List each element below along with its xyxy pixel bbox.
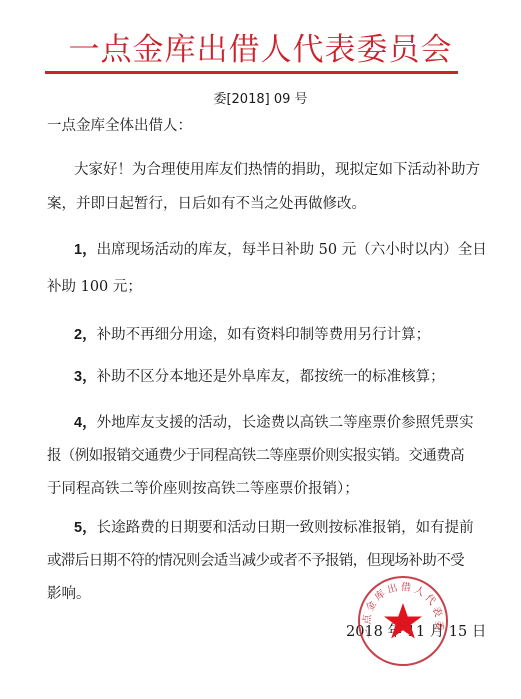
intro-line-2: 案，并即日起暂行，日后如有不当之处再做修改。 bbox=[47, 194, 467, 214]
item-text: 长途路费的日期要和活动日期一致则按标准报销，如有提前 bbox=[97, 520, 474, 536]
intro-line-1: 大家好！为合理使用库友们热情的捐助，现拟定如下活动补助方 bbox=[74, 160, 494, 180]
red-star-icon bbox=[384, 603, 422, 639]
document-number: 委[2018] 09 号 bbox=[0, 88, 521, 107]
item-5-cont-1: 或滞后日期不符的情况则会适当减少或者不予报销，但现场补助不受 bbox=[47, 551, 467, 571]
item-5: 5，长途路费的日期要和活动日期一致则按标准报销，如有提前 bbox=[74, 518, 494, 538]
item-text: 补助不再细分用途，如有资料印制等费用另行计算； bbox=[97, 327, 431, 343]
item-number: 1， bbox=[74, 242, 97, 258]
red-header-rule bbox=[45, 71, 458, 74]
item-text: 补助不区分本地还是外阜库友，都按统一的标准核算； bbox=[97, 369, 445, 385]
item-number: 5， bbox=[74, 520, 97, 536]
item-number: 3， bbox=[74, 369, 97, 385]
item-number: 4， bbox=[74, 415, 97, 431]
item-text: 出席现场活动的库友，每半日补助 50 元（六小时以内）全日 bbox=[97, 242, 487, 258]
item-2: 2，补助不再细分用途，如有资料印制等费用另行计算； bbox=[74, 325, 494, 345]
document-title: 一点金库出借人代表委员会 bbox=[0, 30, 521, 70]
item-4-cont-1: 报（例如报销交通费少于同程高铁二等座票价则实报实销。交通费高 bbox=[47, 446, 467, 466]
item-1-cont: 补助 100 元； bbox=[47, 277, 467, 297]
official-seal: 一点金库出借人代表委员会 bbox=[357, 575, 449, 667]
item-text: 外地库友支援的活动，长途费以高铁二等座票价参照凭票实 bbox=[97, 415, 474, 431]
salutation: 一点金库全体出借人： bbox=[47, 116, 467, 136]
item-3: 3，补助不区分本地还是外阜库友，都按统一的标准核算； bbox=[74, 367, 494, 387]
item-1: 1，出席现场活动的库友，每半日补助 50 元（六小时以内）全日 bbox=[74, 240, 494, 260]
item-4-cont-2: 于同程高铁二等价座则按高铁二等座票价报销）； bbox=[47, 479, 467, 499]
item-number: 2， bbox=[74, 327, 97, 343]
item-4: 4，外地库友支援的活动，长途费以高铁二等座票价参照凭票实 bbox=[74, 413, 494, 433]
seal-icon: 一点金库出借人代表委员会 bbox=[357, 575, 449, 667]
